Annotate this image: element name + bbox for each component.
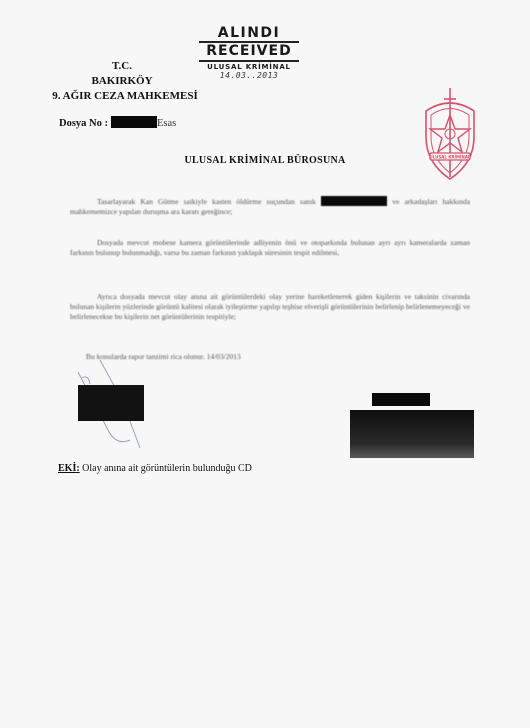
court-line-city: BAKIRKÖY	[57, 74, 187, 89]
court-line-name: 9. AĞIR CEZA MAHKEMESİ	[45, 89, 205, 104]
stamp-org: ULUSAL KRİMİNAL	[199, 63, 299, 71]
file-number: Dosya No :Esas	[59, 116, 176, 129]
redacted-signature-left	[78, 385, 144, 421]
stamp-alindi: ALINDI	[199, 26, 299, 40]
attachment-label: EKİ:	[58, 463, 80, 474]
attachment-note: EKİ: Olay anına ait görüntülerin bulundu…	[58, 463, 252, 474]
received-stamp: ALINDI RECEIVED ULUSAL KRİMİNAL 14.03..2…	[199, 26, 299, 80]
paragraph-4: Bu konularda rapor tanzimi rica olunur. …	[86, 352, 486, 362]
file-suffix: Esas	[157, 118, 176, 129]
file-label: Dosya No :	[59, 118, 108, 129]
paragraph-3-text: Ayrıca dosyada mevcut olay anına ait gör…	[70, 292, 470, 321]
stamp-date: 14.03..2013	[199, 71, 299, 80]
paragraph-2: Dosyada mevcut mobese kamera görüntüleri…	[70, 238, 470, 258]
paragraph-4-text: Bu konularda rapor tanzimi rica olunur. …	[86, 352, 241, 361]
redaction-bar	[321, 196, 387, 206]
court-header: T.C. BAKIRKÖY 9. AĞIR CEZA MAHKEMESİ	[57, 59, 187, 104]
emblem-icon: ULUSAL KRİMİNAL	[420, 85, 480, 185]
stamp-received: RECEIVED	[199, 44, 299, 59]
addressee-title: ULUSAL KRİMİNAL BÜROSUNA	[0, 155, 530, 166]
court-line-tc: T.C.	[57, 59, 187, 74]
stamp-rule	[199, 60, 299, 62]
paragraph-3: Ayrıca dosyada mevcut olay anına ait gör…	[70, 292, 470, 322]
redacted-signature-right	[350, 410, 474, 458]
document-page: ALINDI RECEIVED ULUSAL KRİMİNAL 14.03..2…	[0, 0, 530, 728]
paragraph-2-text: Dosyada mevcut mobese kamera görüntüleri…	[70, 238, 470, 257]
paragraph-1: Tasarlayarak Kan Gütme saikiyle kasten ö…	[70, 196, 470, 217]
redacted-name-right	[372, 393, 430, 406]
paragraph-1-text-a: Tasarlayarak Kan Gütme saikiyle kasten ö…	[97, 197, 316, 206]
redaction-bar	[111, 116, 157, 128]
attachment-text: Olay anına ait görüntülerin bulunduğu CD	[82, 463, 252, 474]
